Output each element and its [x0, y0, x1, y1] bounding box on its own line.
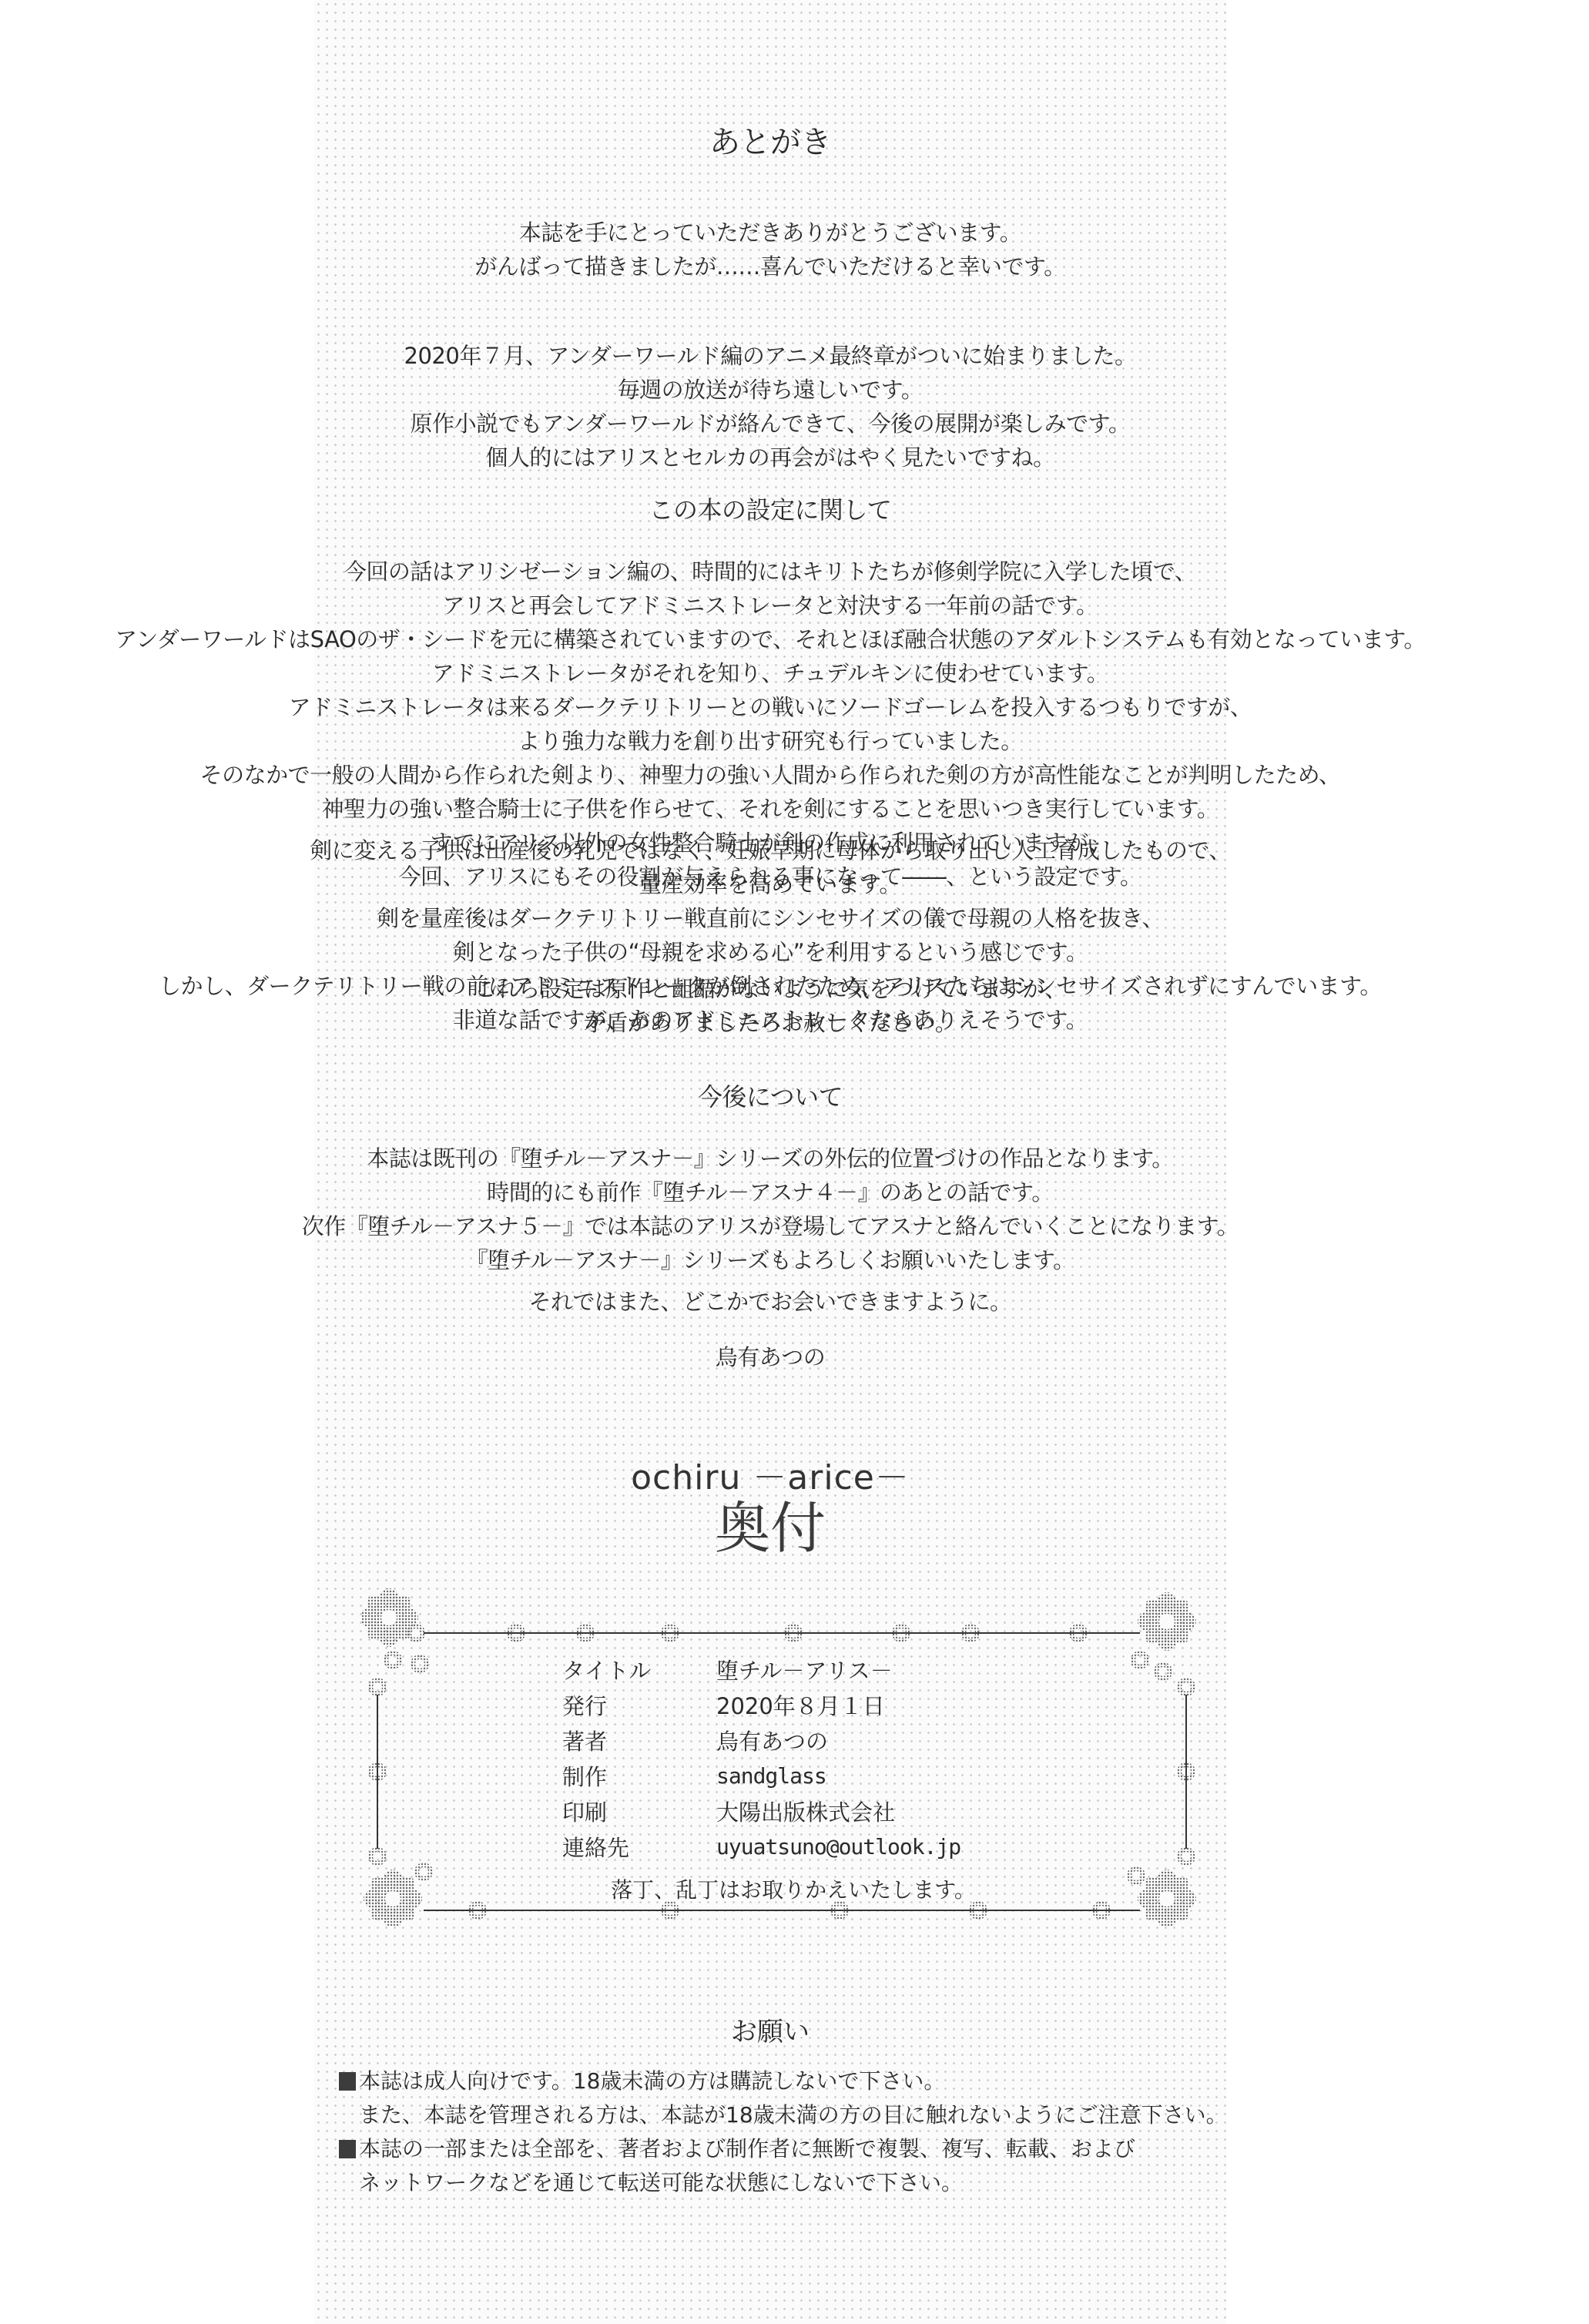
colophon-table: タイトル 堕チル－アリス－ 発行 2020年８月１日 著者 烏有あつの 制作 s… [562, 1652, 960, 1864]
colophon-note: 落丁、乱丁はお取りかえいたします。 [0, 1873, 1540, 1904]
text-line: アンダーワールドはSAOのザ・シードを元に構築されていますので、それとほぼ融合状… [0, 622, 1540, 656]
afterword-page: あとがき 本誌を手にとっていただきありがとうございます。 がんばって描きましたが… [0, 0, 1589, 2324]
news-paragraph: 2020年７月、アンダーワールド編のアニメ最終章がついに始まりました。 毎週の放… [0, 339, 1540, 475]
colophon-value: 烏有あつの [716, 1725, 828, 1756]
text-line: 剣を量産後はダークテリトリー戦直前にシンセサイズの儀で母親の人格を抜き、 [0, 901, 1540, 935]
section-heading: 今後について [0, 1080, 1540, 1114]
colophon-row-title: タイトル 堕チル－アリス－ [562, 1652, 960, 1687]
request-item-continued: ネットワークなどを通じて転送可能な状態にしないで下さい。 [339, 2166, 1228, 2200]
colophon-label: タイトル [562, 1654, 716, 1685]
colophon-label: 発行 [562, 1689, 716, 1721]
section-heading: この本の設定に関して [0, 493, 1540, 527]
future-section-heading: 今後について [0, 1080, 1540, 1114]
page-title: あとがき [0, 123, 1540, 162]
colophon-heading: 奥付 [0, 1496, 1540, 1561]
closing-line: それではまた、どこかでお会いできますように。 [0, 1285, 1540, 1319]
text-line: 剣となった子供の“母親を求める心”を利用するという感じです。 [0, 935, 1540, 969]
text-line: 矛盾がありましたらお赦しください。 [0, 1006, 1540, 1040]
colophon-value: 堕チル－アリス－ [716, 1654, 893, 1685]
request-text: 本誌の一部または全部を、著者および制作者に無断で複製、複写、転載、および [359, 2136, 1135, 2161]
text-line: 本誌は既刊の『堕チル－アスナ－』シリーズの外伝的位置づけの作品となります。 [0, 1142, 1540, 1175]
request-item: 本誌の一部または全部を、著者および制作者に無断で複製、複写、転載、および [339, 2132, 1228, 2166]
text-line: 2020年７月、アンダーワールド編のアニメ最終章がついに始まりました。 [0, 339, 1540, 373]
text-line: 毎週の放送が待ち遠しいです。 [0, 373, 1540, 407]
settings-paragraph-4: これら設定は原作と齟齬がないように気をつけていますが、 矛盾がありましたらお赦し… [0, 972, 1540, 1040]
text-line: 剣に変える子供は出産後の乳児ではなく、妊娠早期に母体から取り出し人工育成したもの… [0, 833, 1540, 867]
colophon-row-author: 著者 烏有あつの [562, 1722, 960, 1758]
text-line: アリスと再会してアドミニストレータと対決する一年前の話です。 [0, 589, 1540, 622]
square-bullet-icon [339, 2072, 356, 2091]
request-item: 本誌は成人向けです。18歳未満の方は購読しないで下さい。 [339, 2064, 1228, 2098]
text-line: より強力な戦力を創り出す研究も行っていました。 [0, 724, 1540, 758]
text-line: アドミニストレータがそれを知り、チュデルキンに使わせています。 [0, 656, 1540, 690]
colophon-value: 2020年８月１日 [716, 1689, 885, 1721]
intro-paragraph: 本誌を手にとっていただきありがとうございます。 がんばって描きましたが……喜んで… [0, 216, 1540, 283]
text-line: 原作小説でもアンダーワールドが絡んできて、今後の展開が楽しみです。 [0, 407, 1540, 441]
colophon-row-production: 制作 sandglass [562, 1758, 960, 1793]
future-paragraph: 本誌は既刊の『堕チル－アスナ－』シリーズの外伝的位置づけの作品となります。 時間… [0, 1142, 1540, 1277]
request-heading: お願い [0, 2010, 1540, 2048]
text-line: 時間的にも前作『堕チル－アスナ４－』のあとの話です。 [0, 1175, 1540, 1209]
colophon-row-contact: 連絡先 uyuatsuno@outlook.jp [562, 1829, 960, 1864]
request-text: 本誌は成人向けです。18歳未満の方は購読しないで下さい。 [359, 2068, 945, 2094]
request-list: 本誌は成人向けです。18歳未満の方は購読しないで下さい。 また、本誌を管理される… [339, 2064, 1228, 2200]
text-line: それではまた、どこかでお会いできますように。 [0, 1285, 1540, 1319]
contact-email: uyuatsuno@outlook.jp [716, 1834, 960, 1860]
text-line: がんばって描きましたが……喜んでいただけると幸いです。 [0, 250, 1540, 283]
settings-paragraph-1: 今回の話はアリシゼーション編の、時間的にはキリトたちが修剣学院に入学した頃で、 … [0, 555, 1540, 690]
request-item-continued: また、本誌を管理される方は、本誌が18歳未満の方の目に触れないようにご注意下さい… [339, 2098, 1228, 2132]
text-line: 個人的にはアリスとセルカの再会がはやく見たいですね。 [0, 441, 1540, 475]
author-signature: 烏有あつの [0, 1340, 1540, 1374]
author-name: 烏有あつの [0, 1340, 1540, 1374]
settings-section-heading: この本の設定に関して [0, 493, 1540, 527]
text-line: 今回の話はアリシゼーション編の、時間的にはキリトたちが修剣学院に入学した頃で、 [0, 555, 1540, 589]
colophon-label: 制作 [562, 1760, 716, 1792]
square-bullet-icon [339, 2140, 356, 2158]
text-line: 神聖力の強い整合騎士に子供を作らせて、それを剣にすることを思いつき実行しています… [0, 792, 1540, 826]
text-line: 量産効率を高めています。 [0, 867, 1540, 901]
text-line: これら設定は原作と齟齬がないように気をつけていますが、 [0, 972, 1540, 1006]
text-line: 次作『堕チル－アスナ５－』では本誌のアリスが登場してアスナと絡んでいくことになり… [0, 1209, 1540, 1243]
colophon-label: 印刷 [562, 1796, 716, 1827]
series-title-english: ochiru －arice－ [0, 1450, 1540, 1499]
afterword-heading: あとがき [0, 123, 1540, 162]
colophon-value: sandglass [716, 1763, 826, 1789]
colophon-label: 著者 [562, 1725, 716, 1756]
text-line: 『堕チル－アスナ－』シリーズもよろしくお願いいたします。 [0, 1243, 1540, 1277]
colophon-value: 大陽出版株式会社 [716, 1796, 895, 1827]
text-line: 本誌を手にとっていただきありがとうございます。 [0, 216, 1540, 250]
text-line: そのなかで一般の人間から作られた剣より、神聖力の強い人間から作られた剣の方が高性… [0, 758, 1540, 792]
colophon-row-printer: 印刷 大陽出版株式会社 [562, 1793, 960, 1829]
colophon-row-published: 発行 2020年８月１日 [562, 1687, 960, 1722]
text-line: アドミニストレータは来るダークテリトリーとの戦いにソードゴーレムを投入するつもり… [0, 690, 1540, 724]
colophon-label: 連絡先 [562, 1831, 716, 1863]
